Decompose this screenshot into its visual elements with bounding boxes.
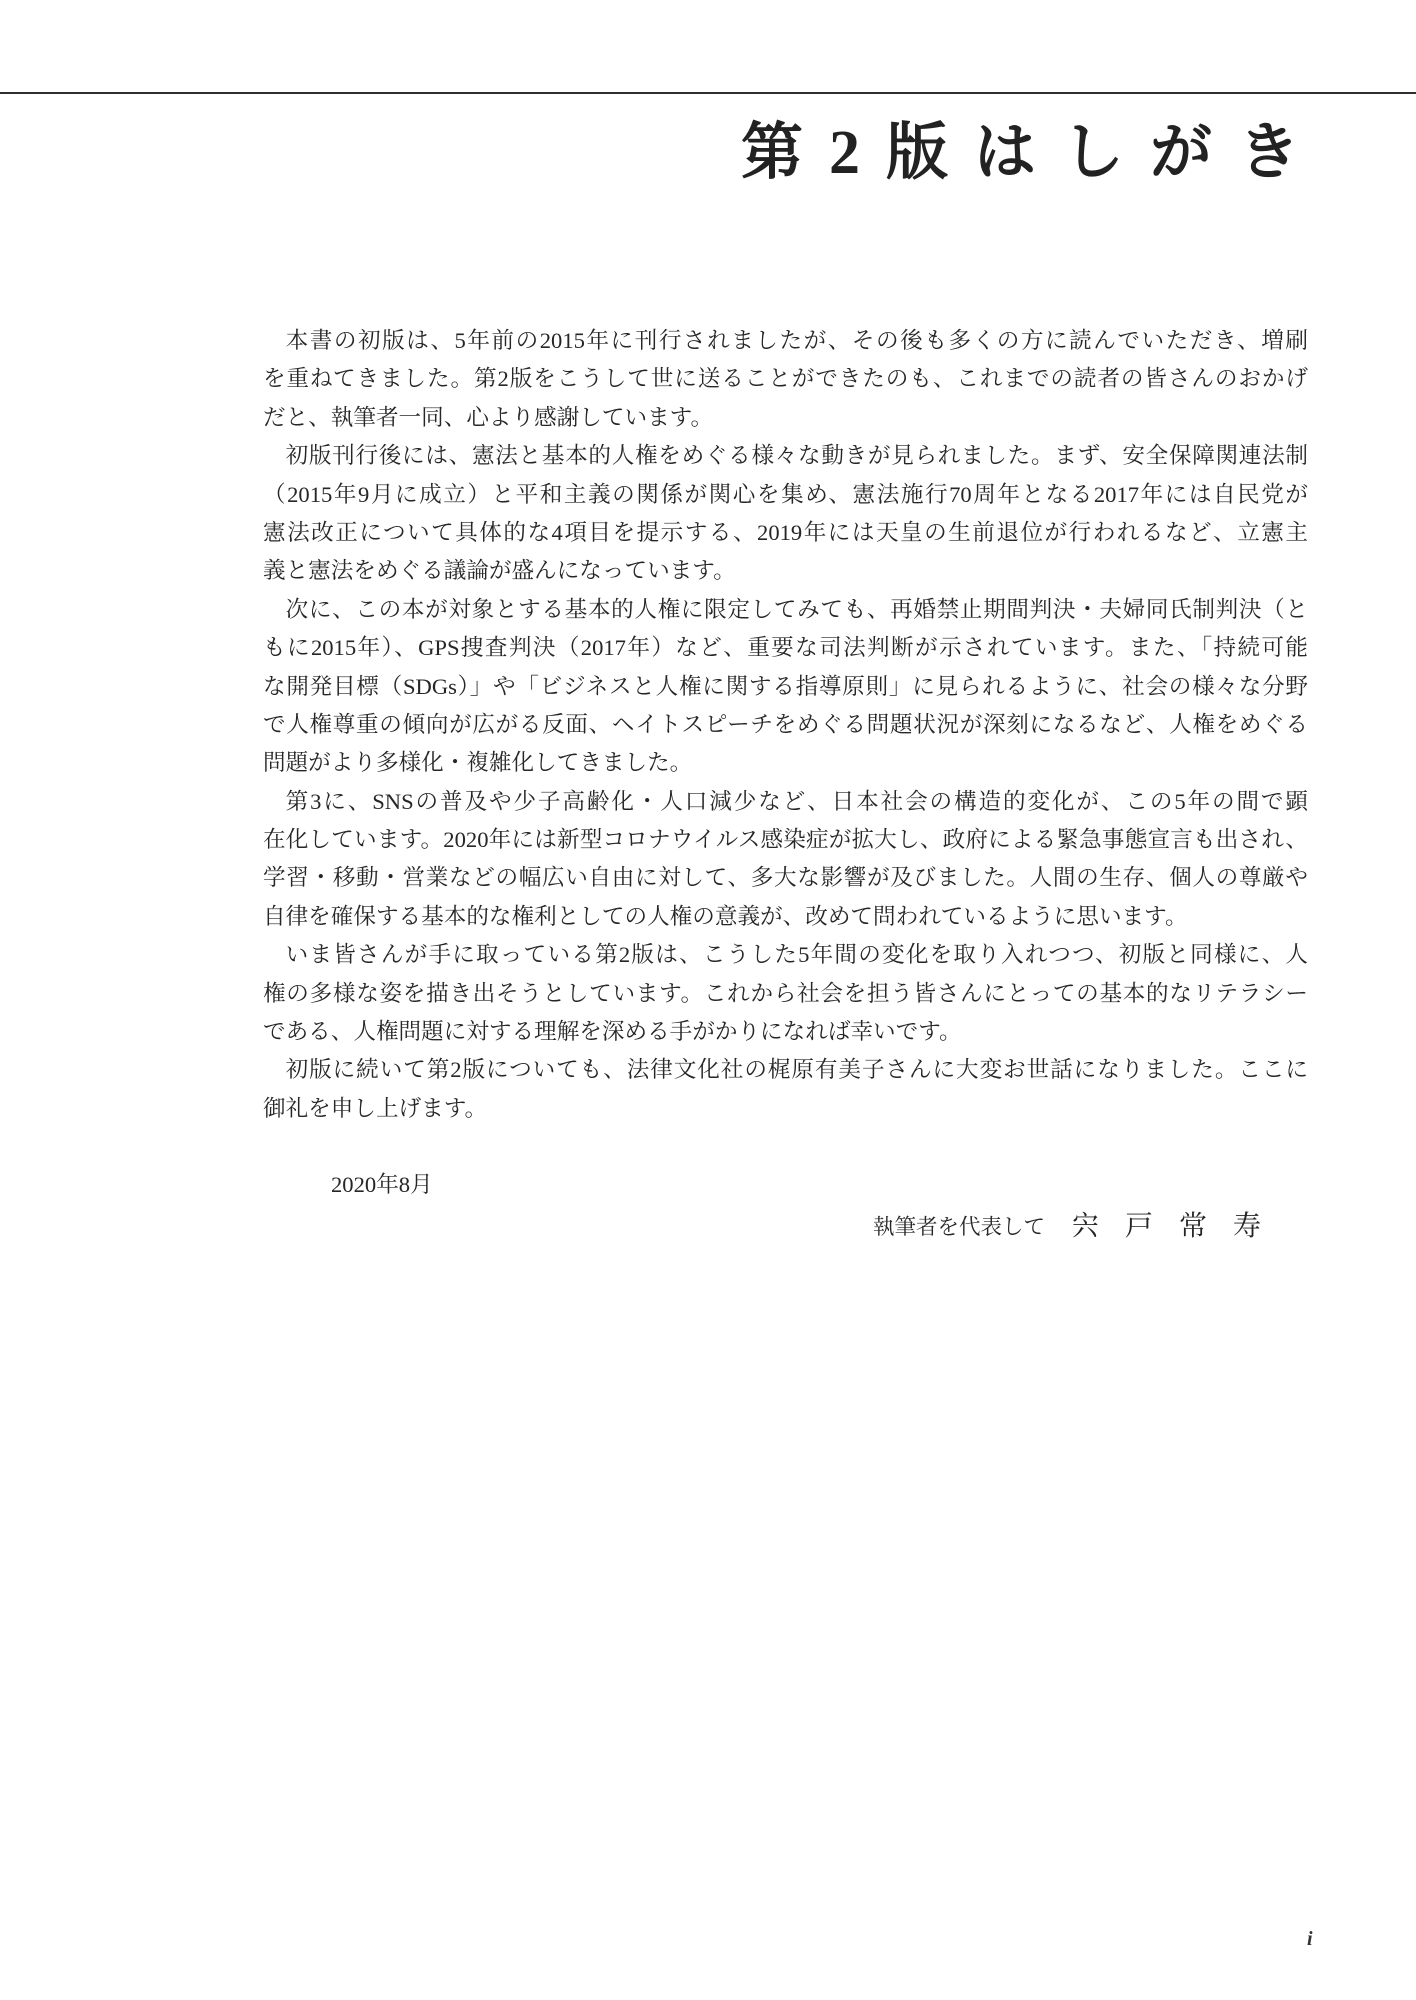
paragraph-2: 初版刊行後には、憲法と基本的人権をめぐる様々な動きが見られました。まず、安全保障…	[263, 437, 1308, 591]
signature-label: 執筆者を代表して	[873, 1208, 1045, 1246]
text-line: な開発目標（SDGs）」や「ビジネスと人権に関する指導原則」に見られるように、社…	[263, 668, 1308, 706]
page-number: i	[1307, 1926, 1313, 1952]
text-line: 初版刊行後には、憲法と基本的人権をめぐる様々な動きが見られました。まず、安全保障…	[263, 437, 1308, 475]
header-rule	[0, 92, 1416, 94]
paragraph-6: 初版に続いて第2版についても、法律文化社の梶原有美子さんに大変お世話になりました…	[263, 1051, 1308, 1128]
text-line: 憲法改正について具体的な4項目を提示する、2019年には天皇の生前退位が行われる…	[263, 514, 1308, 552]
text-line: 問題がより多様化・複雑化してきました。	[263, 744, 1308, 782]
paragraph-5: いま皆さんが手に取っている第2版は、こうした5年間の変化を取り入れつつ、初版と同…	[263, 936, 1308, 1051]
text-line: （2015年9月に成立）と平和主義の関係が関心を集め、憲法施行70周年となる20…	[263, 476, 1308, 514]
closing-date: 2020年8月	[331, 1166, 433, 1204]
text-line: 本書の初版は、5年前の2015年に刊行されましたが、その後も多くの方に読んでいた…	[263, 322, 1308, 360]
paragraph-3: 次に、この本が対象とする基本的人権に限定してみても、再婚禁止期間判決・夫婦同氏制…	[263, 591, 1308, 783]
text-line: 初版に続いて第2版についても、法律文化社の梶原有美子さんに大変お世話になりました…	[263, 1051, 1308, 1089]
text-line: 第3に、SNSの普及や少子高齢化・人口減少など、日本社会の構造的変化が、この5年…	[263, 783, 1308, 821]
text-line: 御礼を申し上げます。	[263, 1090, 1308, 1128]
text-line: いま皆さんが手に取っている第2版は、こうした5年間の変化を取り入れつつ、初版と同…	[263, 936, 1308, 974]
paragraph-1: 本書の初版は、5年前の2015年に刊行されましたが、その後も多くの方に読んでいた…	[263, 322, 1308, 437]
text-line: 次に、この本が対象とする基本的人権に限定してみても、再婚禁止期間判決・夫婦同氏制…	[263, 591, 1308, 629]
preface-body: 本書の初版は、5年前の2015年に刊行されましたが、その後も多くの方に読んでいた…	[263, 322, 1308, 1128]
text-line: で人権尊重の傾向が広がる反面、ヘイトスピーチをめぐる問題状況が深刻になるなど、人…	[263, 706, 1308, 744]
page-title: 第2版はしがき	[741, 120, 1326, 186]
text-line: を重ねてきました。第2版をこうして世に送ることができたのも、これまでの読者の皆さ…	[263, 360, 1308, 398]
signature-block: 執筆者を代表して 宍戸常寿	[0, 1208, 1416, 1246]
signatory-name: 宍戸常寿	[1071, 1208, 1287, 1246]
text-line: 権の多様な姿を描き出そうとしています。これから社会を担う皆さんにとっての基本的な…	[263, 975, 1308, 1013]
text-line: 自律を確保する基本的な権利としての人権の意義が、改めて問われているように思います…	[263, 898, 1308, 936]
text-line: だと、執筆者一同、心より感謝しています。	[263, 399, 1308, 437]
text-line: である、人権問題に対する理解を深める手がかりになれば幸いです。	[263, 1013, 1308, 1051]
text-line: 学習・移動・営業などの幅広い自由に対して、多大な影響が及びました。人間の生存、個…	[263, 859, 1308, 897]
text-line: もに2015年）、GPS捜査判決（2017年）など、重要な司法判断が示されていま…	[263, 629, 1308, 667]
text-line: 義と憲法をめぐる議論が盛んになっています。	[263, 552, 1308, 590]
paragraph-4: 第3に、SNSの普及や少子高齢化・人口減少など、日本社会の構造的変化が、この5年…	[263, 783, 1308, 937]
text-line: 在化しています。2020年には新型コロナウイルス感染症が拡大し、政府による緊急事…	[263, 821, 1308, 859]
